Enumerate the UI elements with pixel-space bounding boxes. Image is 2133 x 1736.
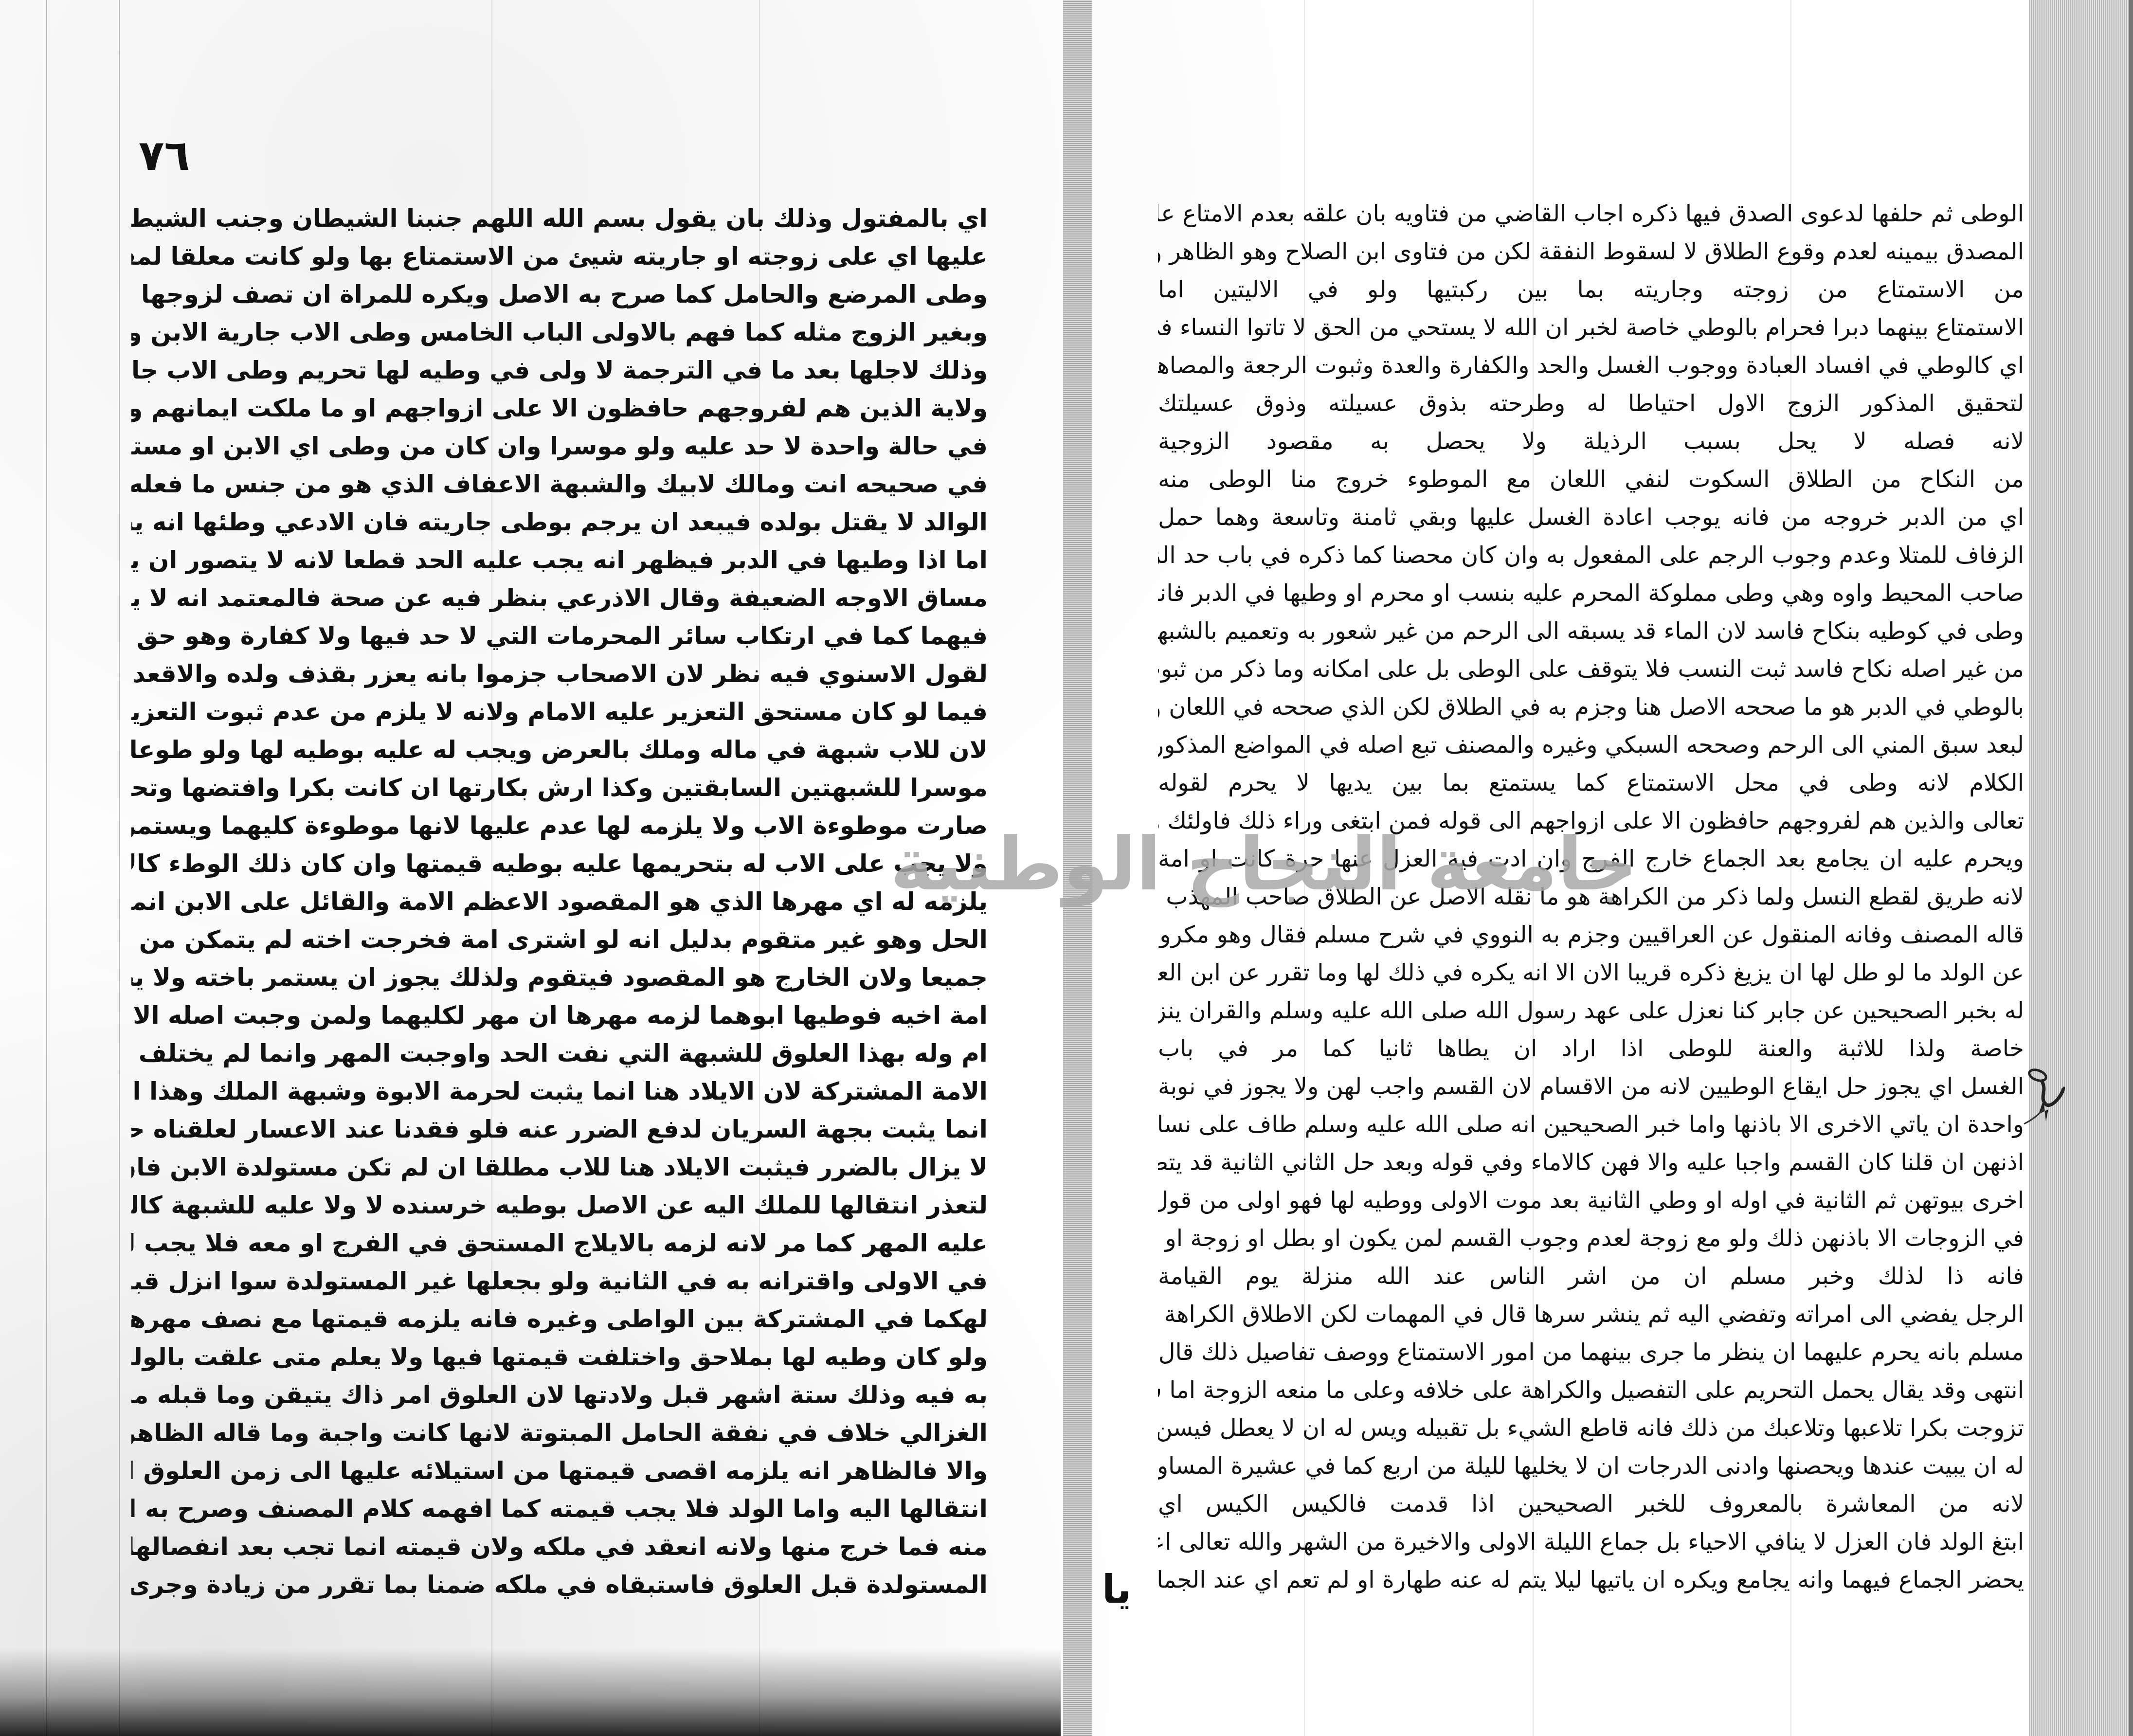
left_page-line: الوالد لا يقتل بولده فيبعد ان يرجم بوطى … bbox=[131, 503, 988, 541]
left_page-line: وبغير الزوج مثله كما فهم بالاولى الباب ا… bbox=[131, 313, 988, 351]
left_page-line: الحل وهو غير متقوم بدليل انه لو اشترى ام… bbox=[131, 921, 988, 958]
left-ruling-line bbox=[119, 0, 120, 1736]
right_page-line: عن الولد ما لو طل لها ان يزيغ ذكره قريبا… bbox=[1158, 954, 2024, 992]
left_page-line: ولو كان وطيه لها بملاحق واختلفت قيمتها ف… bbox=[131, 1338, 988, 1376]
right_page-line: المصدق بيمينه لعدم وقوع الطلاق لا لسقوط … bbox=[1158, 233, 2024, 271]
right_page-line: الزفاف للمتلا وعدم وجوب الرجم على المفعو… bbox=[1158, 536, 2024, 574]
left_page-line: فيما لو كان مستحق التعزير عليه الامام ول… bbox=[131, 693, 988, 731]
right_page-line: تزوجت بكرا تلاعبها وتلاعبك من ذلك فانه ق… bbox=[1158, 1409, 2024, 1447]
left_page-line: موسرا للشبهتين السابقتين وكذا ارش بكارته… bbox=[131, 769, 988, 807]
right_page-line: الرجل يفضي الى امراته وتفضي اليه ثم ينشر… bbox=[1158, 1295, 2024, 1333]
right_page-line: اذنهن ان قلنا كان القسم واجبا عليه والا … bbox=[1158, 1143, 2024, 1181]
right_page-line: الاستمتاع بينهما دبرا فحرام بالوطي خاصة … bbox=[1158, 308, 2024, 346]
left_page-line: في حالة واحدة لا حد عليه ولو موسرا وان ك… bbox=[131, 427, 988, 465]
left_page-line: وذلك لاجلها بعد ما في الترجمة لا ولى في … bbox=[131, 351, 988, 389]
right_page-line: لانه من المعاشرة بالمعروف للخبر الصحيحين… bbox=[1158, 1485, 2024, 1523]
left_page-line: الامة المشتركة لان الايلاد هنا انما يثبت… bbox=[131, 1072, 988, 1110]
left_page-line: عليها اي على زوجته او جاريته شيئ من الاس… bbox=[131, 237, 988, 275]
left_page-line: به فيه وذلك ستة اشهر قبل ولادتها لان الع… bbox=[131, 1376, 988, 1414]
right-page-edge bbox=[2029, 0, 2133, 1736]
right_page-line: من الاستمتاع من زوجته وجاريته بما بين رك… bbox=[1158, 271, 2024, 308]
right_page-line: الكلام لانه وطى في محل الاستمتاع كما يست… bbox=[1158, 764, 2024, 802]
right_page-line: لانه فصله لا يحل بسبب الرذيلة ولا يحصل ب… bbox=[1158, 422, 2024, 460]
right_page-line: اخرى بيوتهن ثم الثانية في اوله او وطي ال… bbox=[1158, 1181, 2024, 1219]
left_page-line: ولاية الذين هم لفروجهم حافظون الا على از… bbox=[131, 389, 988, 427]
left_page-line: فيهما كما في ارتكاب سائر المحرمات التي ل… bbox=[131, 617, 988, 655]
right_page-line: ابتغ الولد فان العزل لا ينافي الاحياء بل… bbox=[1158, 1523, 2024, 1561]
left-page-text: اي بالمفتول وذلك بان يقول بسم الله اللهم… bbox=[131, 199, 988, 1604]
left_page-line: المستولدة قبل العلوق فاستبقاه في ملكه ضم… bbox=[131, 1566, 988, 1604]
right_page-line: من النكاح من الطلاق السكوت لنفي اللعان م… bbox=[1158, 460, 2024, 498]
left_page-line: لا يزال بالضرر فيثبت الايلاد هنا للاب مط… bbox=[131, 1148, 988, 1186]
right_page-line: اي كالوطي في افساد العبادة ووجوب الغسل و… bbox=[1158, 346, 2024, 384]
right_page-line: وطى في كوطيه بنكاح فاسد لان الماء قد يسب… bbox=[1158, 612, 2024, 650]
right_page-line: صاحب المحيط واوه وهي وطى مملوكة المحرم ع… bbox=[1158, 574, 2024, 612]
right_page-line: فانه ذا لذلك وخبر مسلم ان من اشر الناس ع… bbox=[1158, 1257, 2024, 1295]
right_page-line: الوطى ثم حلفها لدعوى الصدق فيها ذكره اجا… bbox=[1158, 195, 2024, 233]
library-watermark: جامعة النجاح الوطنية bbox=[890, 822, 1637, 907]
left_page-line: مساق الاوجه الضعيفة وقال الاذرعي بنظر في… bbox=[131, 579, 988, 617]
right_page-line: اي من الدبر خروجه من فانه يوجب اعادة الغ… bbox=[1158, 498, 2024, 536]
right_page-line: انتهى وقد يقال يحمل التحريم على التفصيل … bbox=[1158, 1371, 2024, 1409]
left_page-line: اما اذا وطيها في الدبر فيظهر انه يجب علي… bbox=[131, 541, 988, 579]
left_page-line: جميعا ولان الخارج هو المقصود فيتقوم ولذل… bbox=[131, 958, 988, 996]
right_page-line: يحضر الجماع فيهما وانه يجامع ويكره ان يا… bbox=[1158, 1561, 2024, 1599]
left_page-line: لان للاب شبهة في ماله وملك بالعرض ويجب ل… bbox=[131, 731, 988, 769]
left_page-line: ولا يجب على الاب له بتحريمها عليه بوطيه … bbox=[131, 845, 988, 883]
left_page-line: انتقالها اليه واما الولد فلا يجب قيمته ك… bbox=[131, 1490, 988, 1528]
right_page-line: الغسل اي يجوز حل ايقاع الوطيين لانه من ا… bbox=[1158, 1067, 2024, 1105]
right_page-line: لبعد سبق المني الى الرحم وصححه السبكي وغ… bbox=[1158, 726, 2024, 764]
left_page-line: يلزمه له اي مهرها الذي هو المقصود الاعظم… bbox=[131, 883, 988, 921]
left_page-line: ام وله بهذا العلوق للشبهة التي نفت الحد … bbox=[131, 1034, 988, 1072]
left_page-line: لهكما في المشتركة بين الواطى وغيره فانه … bbox=[131, 1300, 988, 1338]
left_page-line: انما يثبت بجهة السريان لدفع الضرر عنه فل… bbox=[131, 1110, 988, 1148]
left_page-line: صارت موطوءة الاب ولا يلزمه لها عدم عليها… bbox=[131, 807, 988, 845]
left-page-edge-line bbox=[46, 0, 47, 1736]
left_page-line: الغزالي خلاف في نفقة الحامل المبتوتة لان… bbox=[131, 1414, 988, 1452]
left_page-line: وطى المرضع والحامل كما صرح به الاصل ويكر… bbox=[131, 275, 988, 313]
left_page-line: امة اخيه فوطيها ابوهما لزمه مهرها ان مهر… bbox=[131, 996, 988, 1034]
right_page-line: من غير اصله نكاح فاسد ثبت النسب فلا يتوق… bbox=[1158, 650, 2024, 688]
right_page-line: قاله المصنف وفانه المنقول عن العراقيين و… bbox=[1158, 916, 2024, 954]
right_page-line: مسلم بانه يحرم عليهما ان ينظر ما جرى بين… bbox=[1158, 1333, 2024, 1371]
right_page-line: له بخبر الصحيحين عن جابر كنا نعزل على عه… bbox=[1158, 992, 2024, 1030]
page-number: ٧٦ bbox=[139, 131, 190, 180]
right_page-line: في الزوجات الا باذنهن ذلك ولو مع زوجة لع… bbox=[1158, 1219, 2024, 1257]
right_page-line: خاصة ولذا للاثبة والعنة للوطى اذا اراد ا… bbox=[1158, 1030, 2024, 1067]
right_page-line: واحدة ان ياتي الاخرى الا باذنها واما خبر… bbox=[1158, 1105, 2024, 1143]
right_page-line: لتحقيق المذكور الزوج الاول احتياطا له وط… bbox=[1158, 384, 2024, 422]
left_page-line: لتعذر انتقالها للملك اليه عن الاصل بوطيه… bbox=[131, 1186, 988, 1224]
right_page-line: بالوطي في الدبر هو ما صححه الاصل هنا وجز… bbox=[1158, 688, 2024, 726]
catchword: يا bbox=[1102, 1567, 1131, 1612]
bottom-scan-shadow bbox=[0, 1648, 1061, 1736]
left_page-line: في الاولى واقترانه به في الثانية ولو بجع… bbox=[131, 1262, 988, 1300]
left_page-line: في صحيحه انت ومالك لابيك والشبهة الاعفاف… bbox=[131, 465, 988, 503]
left_page-line: عليه المهر كما مر لانه لزمه بالايلاج الم… bbox=[131, 1224, 988, 1262]
right_page-line: له ان يبيت عندها ويحصنها وادنى الدرجات ا… bbox=[1158, 1447, 2024, 1485]
margin-ornament-icon bbox=[2019, 1061, 2073, 1134]
left_page-line: والا فالظاهر انه يلزمه اقصى قيمتها من اس… bbox=[131, 1452, 988, 1490]
left_page-line: اي بالمفتول وذلك بان يقول بسم الله اللهم… bbox=[131, 199, 988, 237]
left_page-line: منه فما خرج منها ولانه انعقد في ملكه ولا… bbox=[131, 1528, 988, 1566]
left_page-line: لقول الاسنوي فيه نظر لان الاصحاب جزموا ب… bbox=[131, 655, 988, 693]
